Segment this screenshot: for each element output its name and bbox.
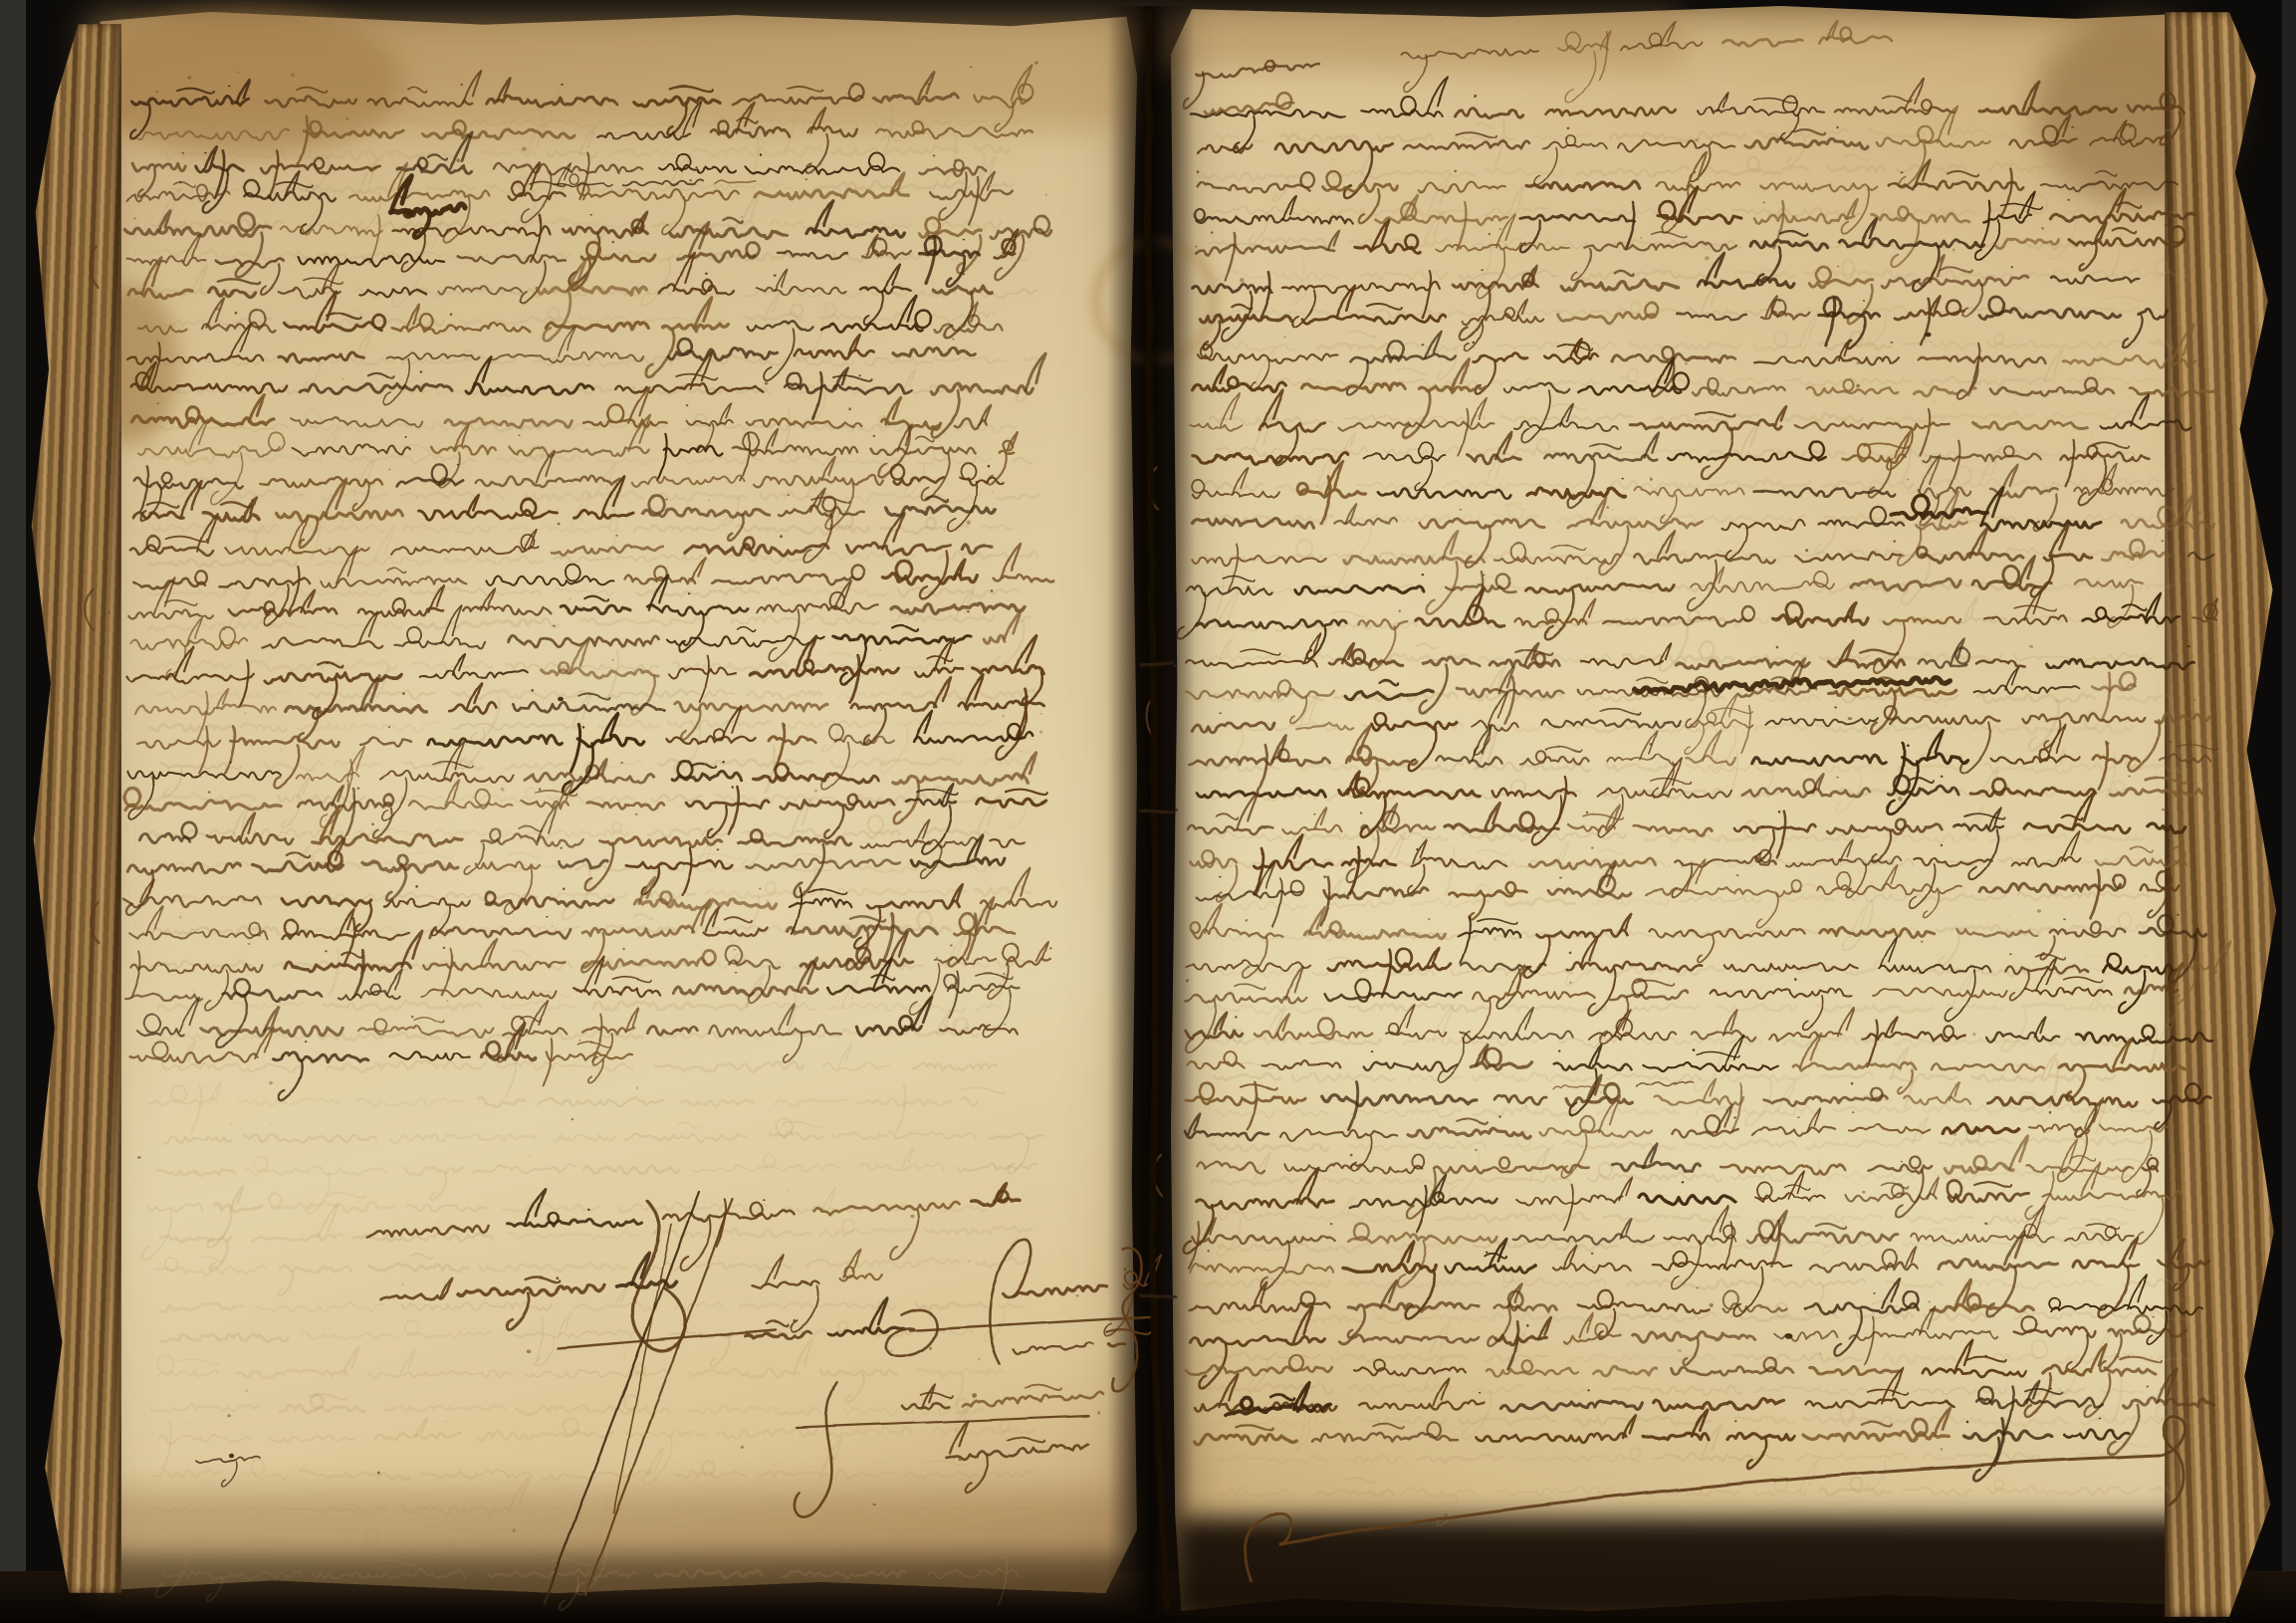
- handwriting-strokes: [86, 14, 2231, 1609]
- manuscript-photo: [0, 0, 2296, 1623]
- handwriting-overlay: [0, 0, 2296, 1623]
